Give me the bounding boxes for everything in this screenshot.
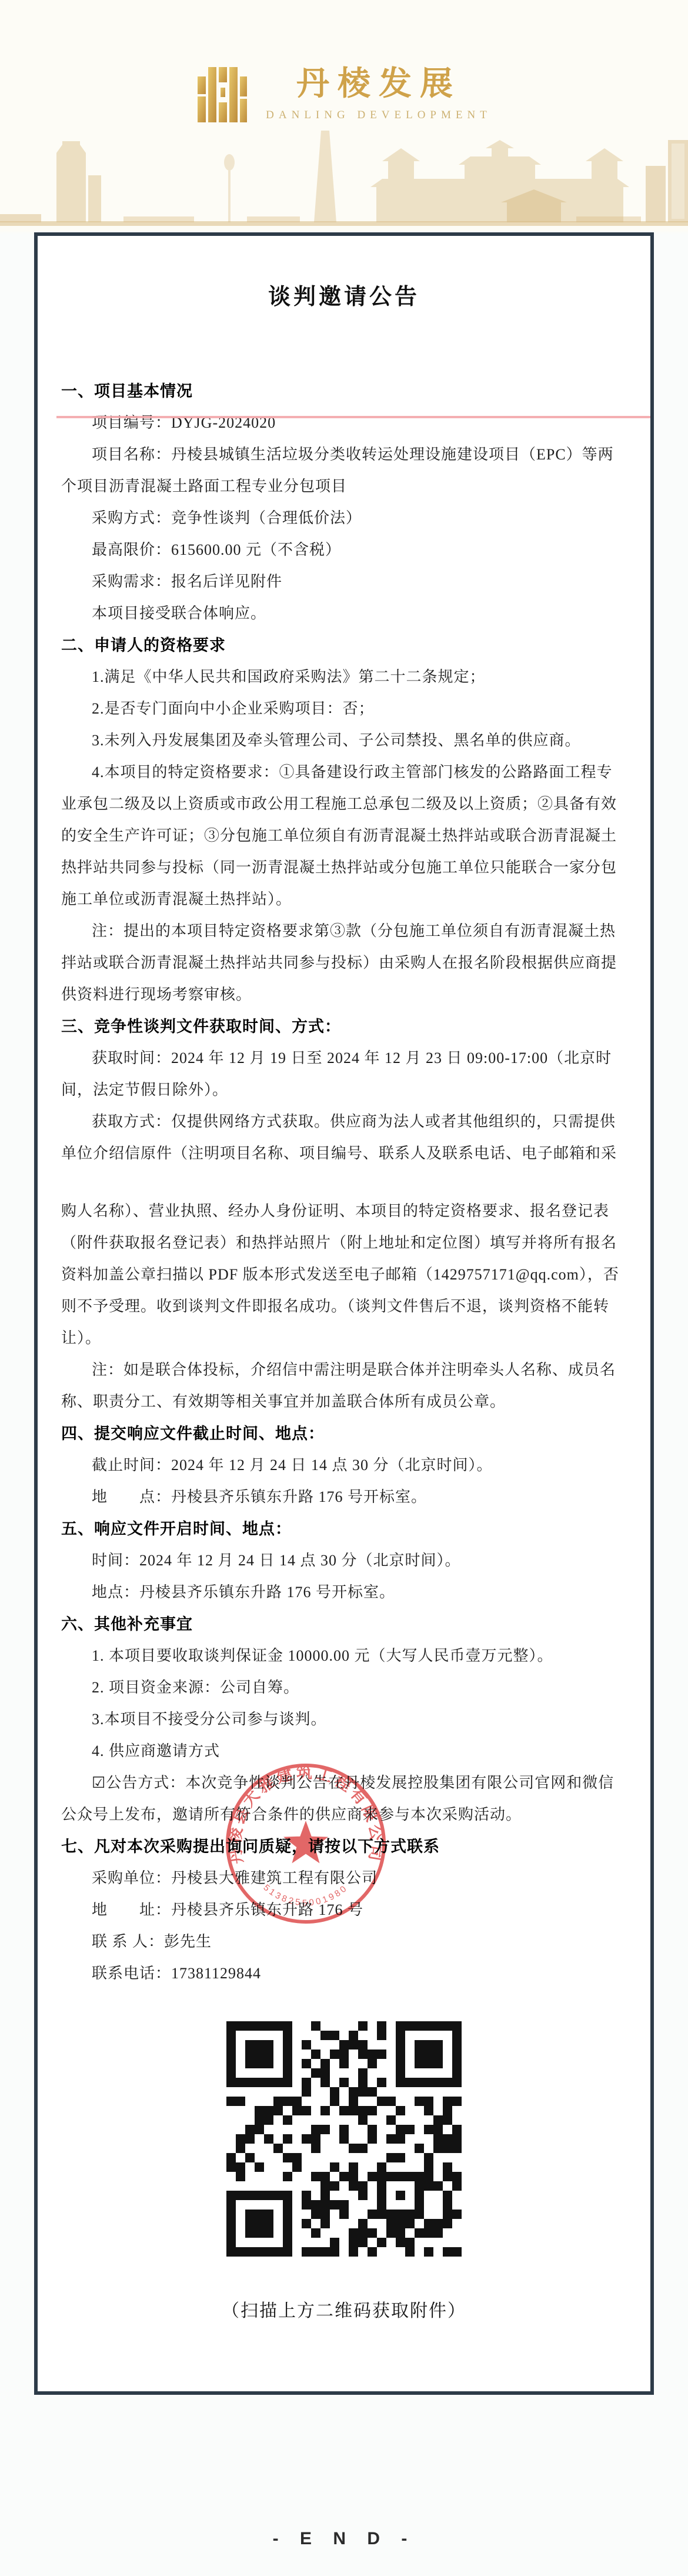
document-paragraph: 项目编号：DYJG-2024020 [61, 407, 627, 439]
section-heading: 一、项目基本情况 [61, 375, 627, 407]
document-paragraph: 截止时间：2024 年 12 月 24 日 14 点 30 分（北京时间）。 [61, 1449, 627, 1481]
document-paragraph: 地点：丹棱县齐乐镇东升路 176 号开标室。 [61, 1577, 627, 1608]
pink-annotation-line [56, 416, 650, 418]
document-paragraph: 本项目接受联合体响应。 [61, 598, 627, 629]
document-paragraph: 获取方式：仅提供网络方式获取。供应商为法人或者其他组织的，只需提供单位介绍信原件… [61, 1106, 627, 1169]
document-paragraph: 注：提出的本项目特定资格要求第③款（分包施工单位须自有沥青混凝土热拌站或联合沥青… [61, 915, 627, 1011]
section-heading: 四、提交响应文件截止时间、地点： [61, 1418, 627, 1449]
document-paragraph: 2.是否专门面向中小企业采购项目：否； [61, 693, 627, 725]
document-paragraph: 购人名称）、营业执照、经办人身份证明、本项目的特定资格要求、报名登记表（附件获取… [61, 1195, 627, 1354]
document-paragraph: 2. 项目资金来源：公司自筹。 [61, 1672, 627, 1704]
brand: 丹棱发展 DANLING DEVELOPMENT [0, 0, 688, 124]
document-paragraph: ☑公告方式：本次竞争性谈判公告在丹棱发展控股集团有限公司官网和微信公众号上发布，… [61, 1767, 627, 1831]
document-paragraph: 时间：2024 年 12 月 24 日 14 点 30 分（北京时间）。 [61, 1545, 627, 1577]
brand-subtitle: DANLING DEVELOPMENT [266, 109, 492, 122]
document-paragraph: 3.未列入丹发展集团及牵头管理公司、子公司禁投、黑名单的供应商。 [61, 725, 627, 757]
section-heading: 六、其他补充事宜 [61, 1608, 627, 1640]
brand-name: 丹棱发展 [266, 68, 492, 101]
qr-caption: （扫描上方二维码获取附件） [61, 2296, 627, 2322]
announcement-card: 谈判邀请公告 一、项目基本情况项目编号：DYJG-2024020项目名称：丹棱县… [34, 232, 654, 2395]
section-heading: 七、凡对本次采购提出询问质疑，请按以下方式联系 [61, 1831, 627, 1862]
section-heading: 五、响应文件开启时间、地点： [61, 1513, 627, 1545]
page-title: 谈判邀请公告 [61, 278, 627, 311]
site-header: 丹棱发展 DANLING DEVELOPMENT [0, 0, 688, 232]
document-paragraph: 地 址：丹棱县齐乐镇东升路 176 号 [61, 1894, 627, 1926]
document-paragraph: 项目名称：丹棱县城镇生活垃圾分类收转运处理设施建设项目（EPC）等两个项目沥青混… [61, 439, 627, 502]
document-paragraph: 联系电话：17381129844 [61, 1958, 627, 1990]
document-paragraph: 1. 本项目要收取谈判保证金 10000.00 元（大写人民币壹万元整）。 [61, 1640, 627, 1672]
document-paragraph: 采购需求：报名后详见附件 [61, 566, 627, 598]
brand-text: 丹棱发展 DANLING DEVELOPMENT [266, 68, 492, 122]
danling-gate-logo-icon [196, 66, 248, 124]
document-paragraph: 1.满足《中华人民共和国政府采购法》第二十二条规定； [61, 661, 627, 693]
document-paragraph: 最高限价：615600.00 元（不含税） [61, 534, 627, 566]
document-paragraph: 采购单位：丹棱县大雅建筑工程有限公司 [61, 1862, 627, 1894]
document-paragraph: 联 系 人：彭先生 [61, 1926, 627, 1958]
document-paragraph: 3.本项目不接受分公司参与谈判。 [61, 1704, 627, 1735]
end-marker: - E N D - [0, 2529, 688, 2549]
document-body: 一、项目基本情况项目编号：DYJG-2024020项目名称：丹棱县城镇生活垃圾分… [61, 375, 627, 1990]
qr-wrap [61, 2021, 627, 2260]
section-heading: 二、申请人的资格要求 [61, 629, 627, 661]
document-paragraph: 地 点：丹棱县齐乐镇东升路 176 号开标室。 [61, 1481, 627, 1513]
document-paragraph: 注：如是联合体投标，介绍信中需注明是联合体并注明牵头人名称、成员名称、职责分工、… [61, 1354, 627, 1418]
section-heading: 三、竞争性谈判文件获取时间、方式： [61, 1011, 627, 1042]
document-paragraph: 4.本项目的特定资格要求：①具备建设行政主管部门核发的公路路面工程专业承包二级及… [61, 757, 627, 915]
qr-code [226, 2021, 462, 2257]
gold-city-skyline-illustration [0, 131, 688, 229]
document-paragraph: 4. 供应商邀请方式 [61, 1735, 627, 1767]
page: 丹棱发展 DANLING DEVELOPMENT [0, 0, 688, 2576]
document-paragraph: 采购方式：竞争性谈判（合理低价法） [61, 502, 627, 534]
document-paragraph: 获取时间：2024 年 12 月 19 日至 2024 年 12 月 23 日 … [61, 1042, 627, 1106]
page-footer: - E N D - [0, 2395, 688, 2576]
